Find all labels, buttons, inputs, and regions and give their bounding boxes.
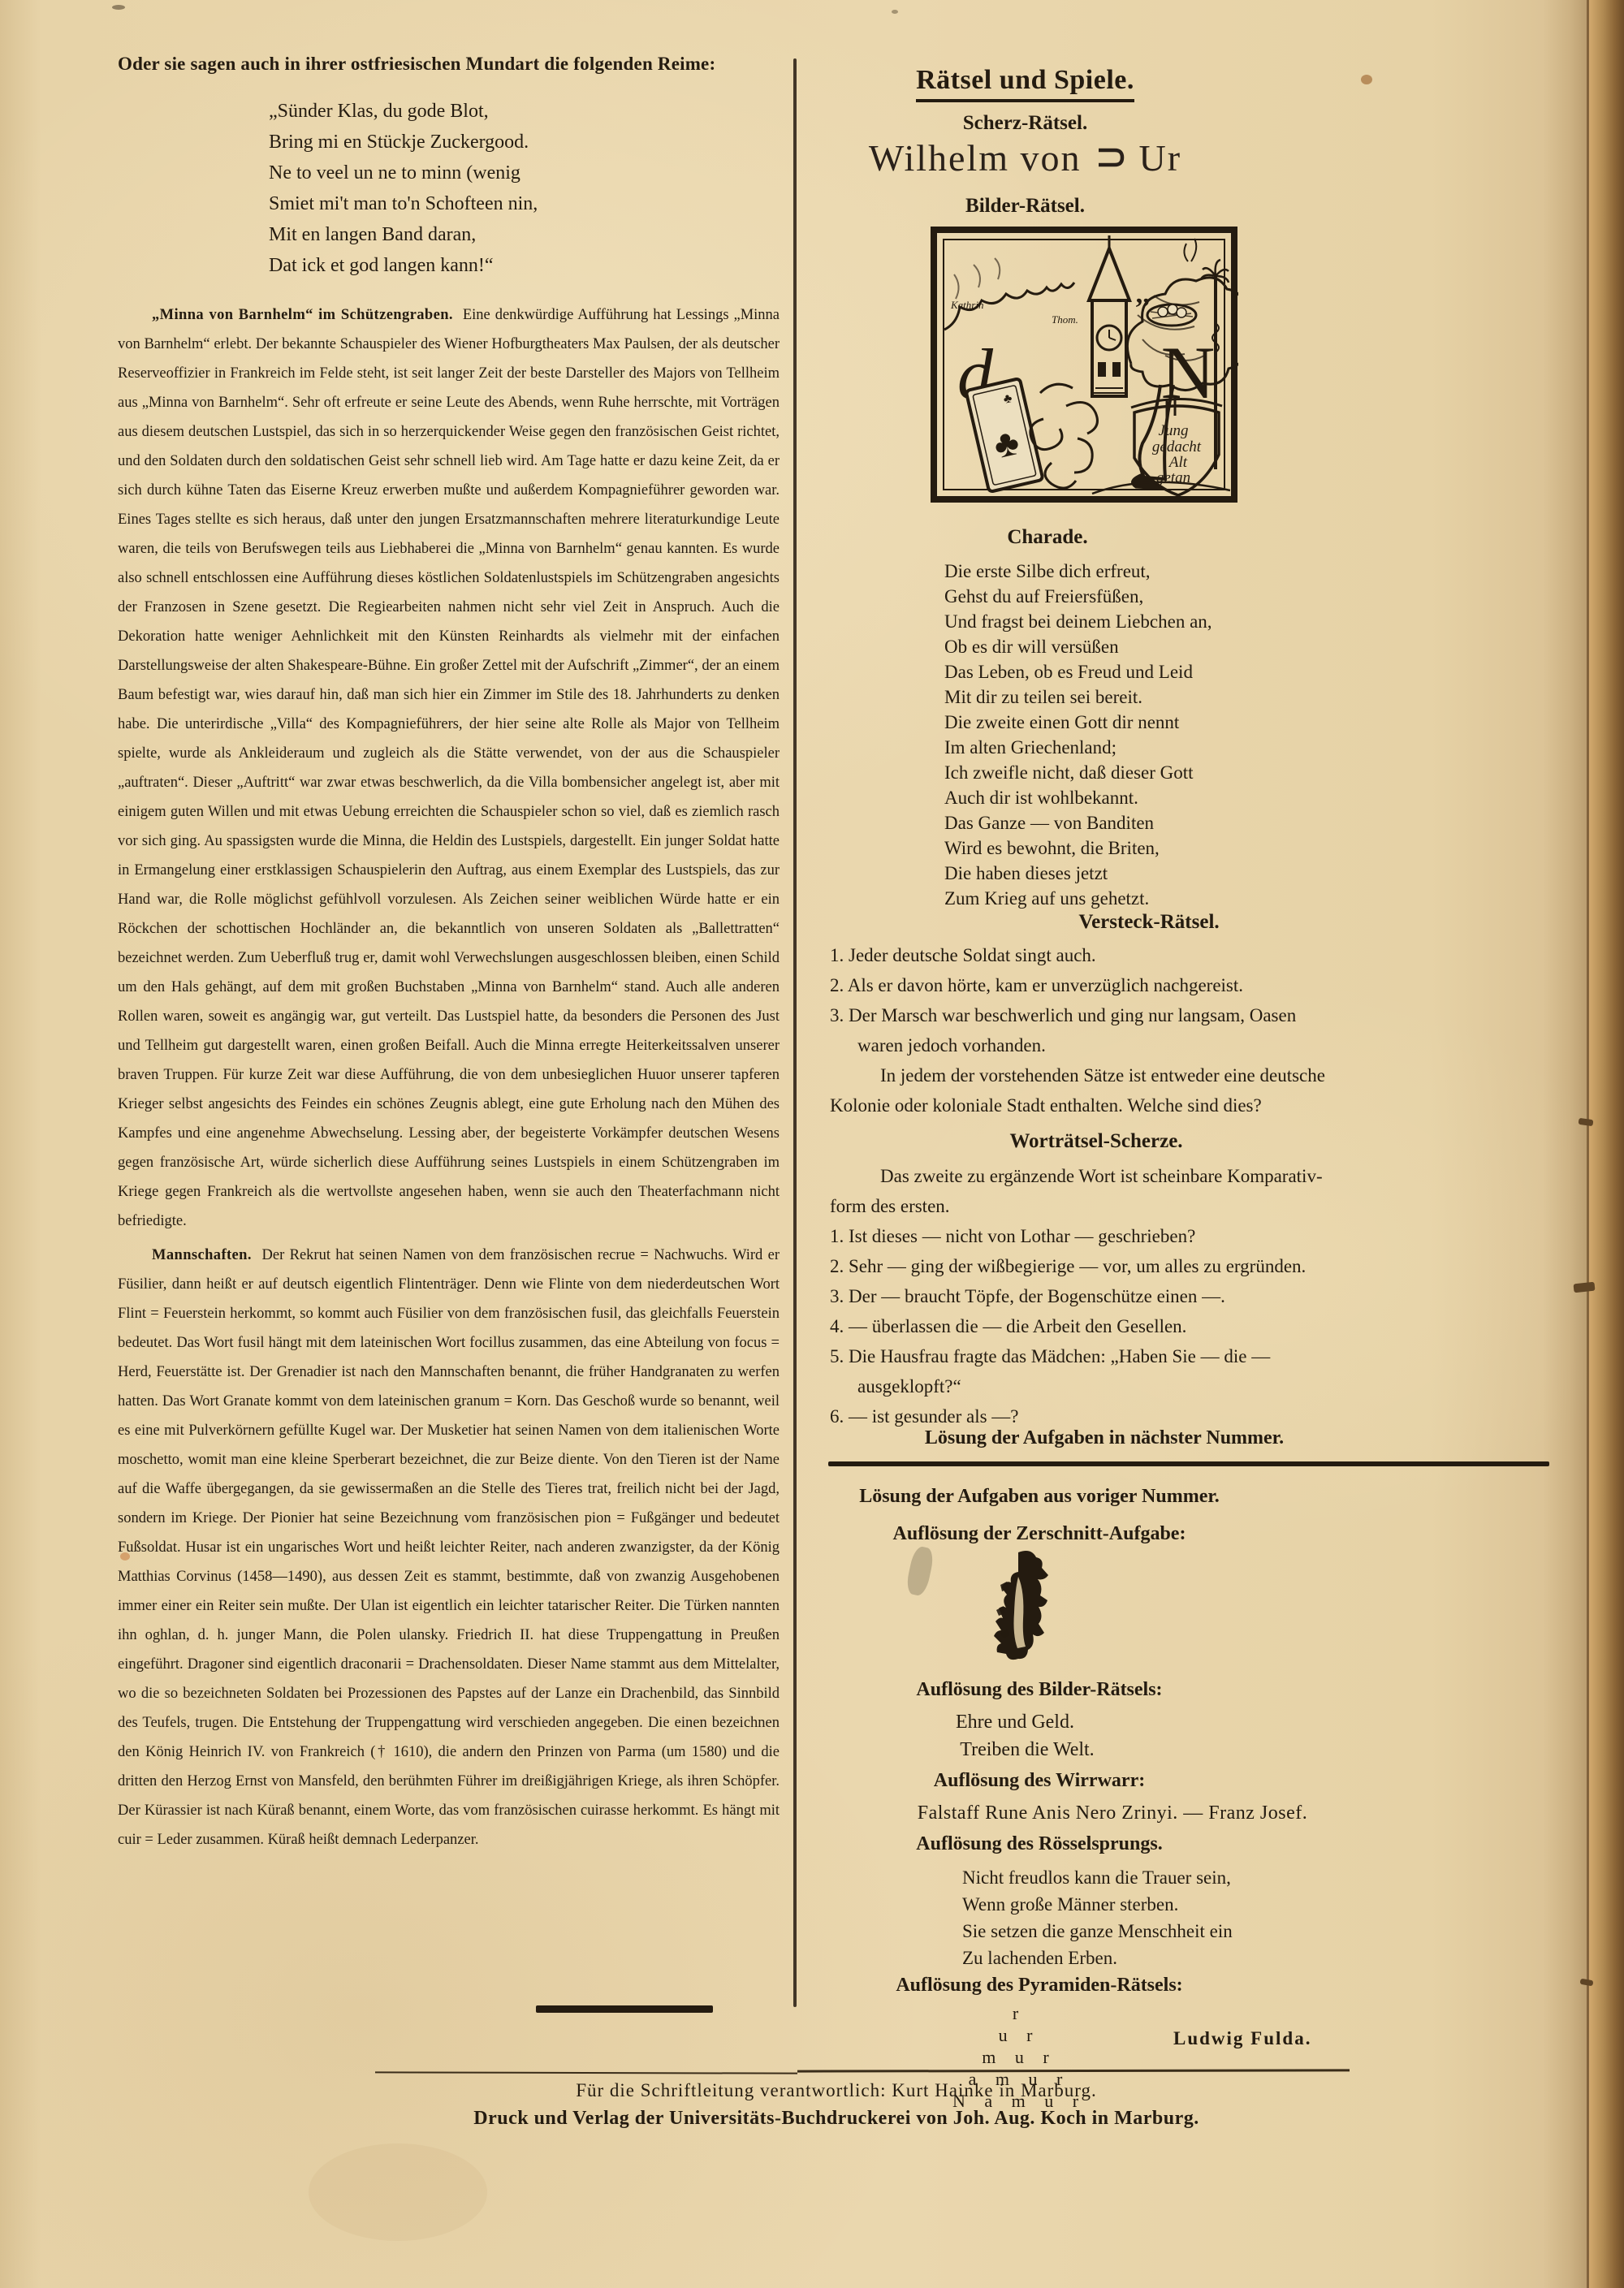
footer-printer-line: Druck und Verlag der Universitäts-Buchdr… [244, 2108, 1429, 2130]
scherz-raetsel-puzzle: Wilhelm von Ur [828, 136, 1222, 179]
paper-speck [892, 10, 898, 14]
footer-rule [375, 2071, 797, 2074]
article-body: Eine denkwürdige Aufführung hat Lessings… [118, 307, 780, 1229]
left-column: Oder sie sagen auch in ihrer ostfriesisc… [118, 54, 780, 1859]
footer-editor-line: Für die Schriftleitung verantwortlich: K… [244, 2080, 1429, 2101]
rebus-banner-line2: gedacht [1152, 438, 1202, 455]
charade-line: Auch dir ist wohlbekannt. [944, 785, 1212, 810]
paper-stain [1361, 75, 1372, 84]
charade-line: Die haben dieses jetzt [944, 861, 1212, 886]
wortraetsel-item: 1. Ist dieses — nicht von Lothar — gesch… [830, 1221, 1553, 1251]
article-title: „Minna von Barnhelm“ im Schützengraben. [152, 307, 453, 323]
poem-line: Smiet mi't man to'n Schofteen nin, [269, 188, 780, 219]
versteck-item: 1. Jeder deutsche Soldat singt auch. [830, 940, 1553, 970]
charade-line: Wird es bewohnt, die Briten, [944, 835, 1212, 861]
wortraetsel-intro: Das zweite zu ergänzende Wort ist schein… [830, 1161, 1553, 1191]
pyramid-row: u r [930, 2024, 1108, 2046]
poem-line: Ne to veel un ne to minn (wenig [269, 158, 780, 188]
versteck-item: 2. Als er davon hörte, kam er unverzügli… [830, 970, 1553, 1000]
rebus-label-kathrin: Kathrin [950, 299, 983, 311]
paper-stain [309, 2143, 487, 2241]
zerschnitt-heading: Auflösung der Zerschnitt-Aufgabe: [828, 1523, 1250, 1545]
intro-line: Oder sie sagen auch in ihrer ostfriesisc… [118, 54, 780, 75]
poem-line: „Sünder Klas, du gode Blot, [269, 96, 780, 127]
charade-line: Ich zweifle nicht, daß dieser Gott [944, 760, 1212, 785]
roesselsprung-heading: Auflösung des Rösselsprungs. [828, 1833, 1250, 1855]
zerschnitt-solution-silhouette [983, 1549, 1056, 1671]
wortraetsel-item: 3. Der — braucht Töpfe, der Bogenschütze… [830, 1281, 1553, 1311]
paper-smudge [905, 1545, 935, 1597]
paper-speck [112, 5, 125, 10]
charade-line: Mit dir zu teilen sei bereit. [944, 684, 1212, 710]
wortraetsel-item: 5. Die Hausfrau fragte das Mädchen: „Hab… [830, 1341, 1553, 1371]
charade-line: Und fragst bei deinem Liebchen an, [944, 609, 1212, 634]
poem-line: Bring mi en Stückje Zuckergood. [269, 127, 780, 158]
footer-rule [797, 2069, 1350, 2072]
pyramid-row: m u r [930, 2046, 1108, 2068]
section-end-rule [536, 2005, 713, 2013]
poem-line: Dat ick et god langen kann!“ [269, 250, 780, 281]
bilder-solution-line: Treiben die Welt. [828, 1739, 1226, 1761]
section-header: Rätsel und Spiele. [828, 65, 1222, 102]
versteck-item: 3. Der Marsch war beschwerlich und ging … [830, 1000, 1553, 1030]
rebus-clock-tower [1089, 235, 1129, 396]
wortraetsel-block: Das zweite zu ergänzende Wort ist schein… [830, 1161, 1553, 1431]
wortraetsel-heading: Worträtsel-Scherze. [918, 1130, 1275, 1153]
charade-line: Die zweite einen Gott dir nennt [944, 710, 1212, 735]
charade-line: Die erste Silbe dich erfreut, [944, 559, 1212, 584]
wortraetsel-item-continuation: ausgeklopft?“ [830, 1371, 1553, 1401]
wortraetsel-intro: form des ersten. [830, 1191, 1553, 1221]
page-fold-shadow [1543, 0, 1588, 2288]
dialect-poem: „Sünder Klas, du gode Blot, Bring mi en … [269, 96, 780, 281]
puzzle-text-pre: Wilhelm von [869, 137, 1082, 179]
wirrwarr-heading: Auflösung des Wirrwarr: [828, 1770, 1250, 1792]
wirrwarr-solution-line: Falstaff Rune Anis Nero Zrinyi. — Franz … [828, 1802, 1397, 1824]
charade-line: Gehst du auf Freiersfüßen, [944, 584, 1212, 609]
charade-line: Das Leben, ob es Freud und Leid [944, 659, 1212, 684]
versteck-item-continuation: waren jedoch vorhanden. [830, 1030, 1553, 1060]
versteck-question: In jedem der vorstehenden Sätze ist entw… [830, 1060, 1553, 1090]
versteck-items: 1. Jeder deutsche Soldat singt auch. 2. … [830, 940, 1553, 1120]
bilder-raetsel-heading: Bilder-Rätsel. [828, 195, 1222, 218]
bilder-raetsel-rebus-image: Kathrin Thom. d ♣ ♣ ’’ [930, 226, 1238, 503]
section-header-text: Rätsel und Spiele. [916, 65, 1134, 102]
bilder-solution-heading: Auflösung des Bilder-Rätsels: [828, 1679, 1250, 1701]
scherz-raetsel-heading: Scherz-Rätsel. [828, 112, 1222, 135]
rebus-banner-line1: Jung [1159, 422, 1189, 439]
versteck-question: Kolonie oder koloniale Stadt enthalten. … [830, 1090, 1553, 1120]
article-mannschaften: Mannschaften. Der Rekrut hat seinen Name… [118, 1241, 780, 1854]
solutions-divider-rule [828, 1461, 1549, 1466]
charade-poem: Die erste Silbe dich erfreut, Gehst du a… [944, 559, 1212, 911]
roesselsprung-line: Nicht freudlos kann die Trauer sein, [962, 1864, 1233, 1891]
roesselsprung-last-line: Zu lachenden Erben. Ludwig Fulda. [962, 1945, 1233, 1971]
solutions-heading: Lösung der Aufgaben aus voriger Nummer. [828, 1486, 1250, 1508]
rebus-banner-line3: Alt [1168, 454, 1188, 471]
rotated-u-icon [1094, 141, 1126, 174]
article-title: Mannschaften. [152, 1247, 252, 1263]
roesselsprung-line: Sie setzen die ganze Menschheit ein [962, 1918, 1233, 1945]
next-issue-note: Lösung der Aufgaben in nächster Nummer. [861, 1427, 1348, 1449]
charade-line: Im alten Griechenland; [944, 735, 1212, 760]
roesselsprung-line: Zu lachenden Erben. [962, 1948, 1117, 1968]
column-divider [793, 58, 797, 2007]
page-right-edge [1589, 0, 1624, 2288]
bilder-solution-line: Ehre und Geld. [828, 1712, 1202, 1733]
poem-line: Mit en langen Band daran, [269, 219, 780, 250]
rebus-label-thom: Thom. [1052, 313, 1078, 326]
article-minna: „Minna von Barnhelm“ im Schützengraben. … [118, 300, 780, 1236]
article-body: Der Rekrut hat seinen Namen von dem fran… [118, 1247, 780, 1848]
charade-heading: Charade. [861, 526, 1234, 549]
roesselsprung-line: Wenn große Männer sterben. [962, 1891, 1233, 1918]
charade-line: Zum Krieg auf uns gehetzt. [944, 886, 1212, 911]
pyramid-row: r [930, 2002, 1108, 2024]
roesselsprung-author: Ludwig Fulda. [1173, 2025, 1311, 2052]
puzzle-text-post: Ur [1139, 137, 1182, 179]
roesselsprung-solution-poem: Nicht freudlos kann die Trauer sein, Wen… [962, 1864, 1233, 1971]
charade-line: Ob es dir will versüßen [944, 634, 1212, 659]
charade-line: Das Ganze — von Banditen [944, 810, 1212, 835]
wortraetsel-item: 2. Sehr — ging der wißbegierige — vor, u… [830, 1251, 1553, 1281]
versteck-heading: Versteck-Rätsel. [1007, 911, 1291, 934]
pyramiden-heading: Auflösung des Pyramiden-Rätsels: [828, 1975, 1250, 1997]
wortraetsel-item: 4. — überlassen die — die Arbeit den Ges… [830, 1311, 1553, 1341]
